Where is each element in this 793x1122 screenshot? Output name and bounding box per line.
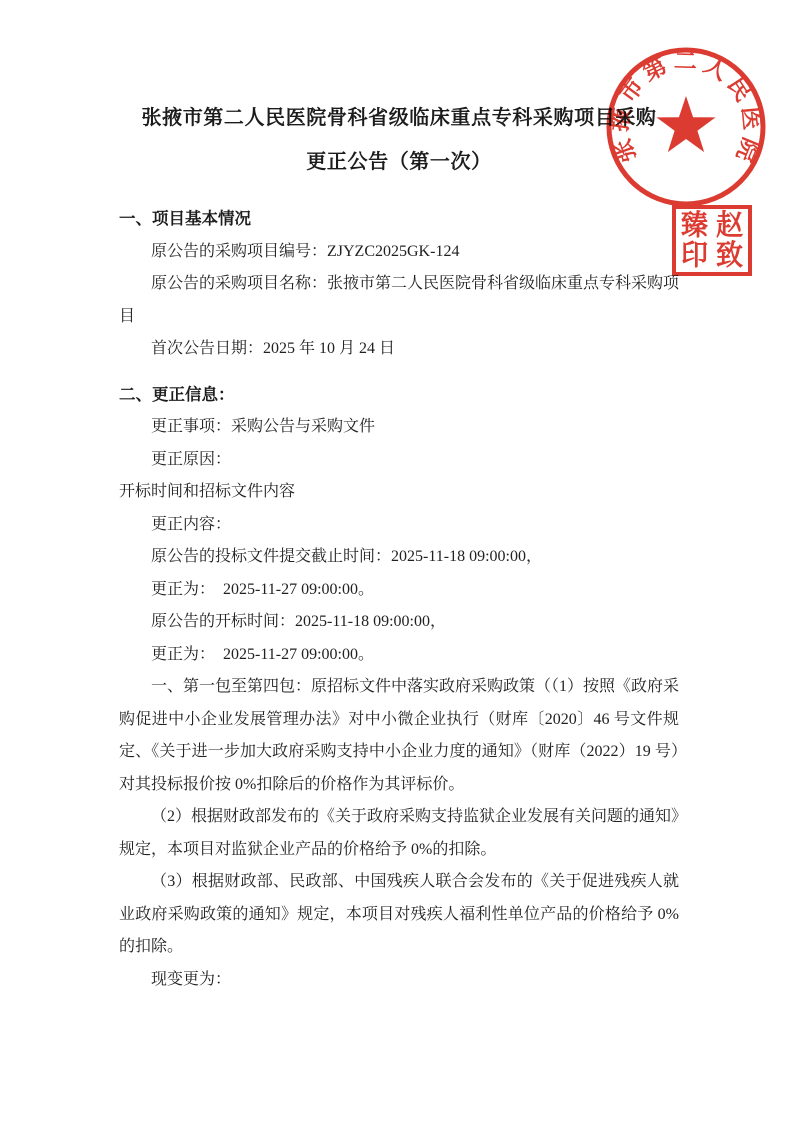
paragraph: 现变更为： [119,964,679,997]
section-2-body: 更正事项：采购公告与采购文件更正原因：开标时间和招标文件内容更正内容：原公告的投… [119,411,679,996]
paragraph: 更正内容： [119,509,679,542]
document-page: 张掖市第二人民医院骨科省级临床重点专科采购项目采购 更正公告（第一次） 一、项目… [0,0,793,1122]
document-title: 张掖市第二人民医院骨科省级临床重点专科采购项目采购 更正公告（第一次） [119,96,679,184]
paragraph: 原公告的开标时间：2025-11-18 09:00:00， [119,606,679,639]
stamp-char-3: 印 [681,242,708,270]
stamp-char-4: 致 [716,242,743,270]
paragraph: 更正为： 2025-11-27 09:00:00。 [119,574,679,607]
paragraph: （2）根据财政部发布的《关于政府采购支持监狱企业发展有关问题的通知》规定，本项目… [119,801,679,866]
section-2-heading: 二、更正信息： [119,379,679,412]
paragraph: 更正原因： [119,444,679,477]
paragraph: 首次公告日期：2025 年 10 月 24 日 [119,333,679,366]
paragraph: 更正事项：采购公告与采购文件 [119,411,679,444]
paragraph: （3）根据财政部、民政部、中国残疾人联合会发布的《关于促进残疾人就业政府采购政策… [119,866,679,964]
paragraph: 原公告的采购项目编号：ZJYZC2025GK-124 [119,236,679,269]
title-line-1: 张掖市第二人民医院骨科省级临床重点专科采购项目采购 [119,96,679,140]
paragraph: 原公告的投标文件提交截止时间：2025-11-18 09:00:00， [119,541,679,574]
section-1-body: 原公告的采购项目编号：ZJYZC2025GK-124原公告的采购项目名称：张掖市… [119,236,679,366]
document-content: 张掖市第二人民医院骨科省级临床重点专科采购项目采购 更正公告（第一次） 一、项目… [119,0,679,996]
name-stamp: 臻 赵 印 致 [672,205,752,276]
paragraph: 原公告的采购项目名称：张掖市第二人民医院骨科省级临床重点专科采购项目 [119,268,679,333]
stamp-char-1: 臻 [681,211,708,239]
paragraph: 一、第一包至第四包：原招标文件中落实政府采购政策（（1）按照《政府采购促进中小企… [119,671,679,801]
stamp-char-2: 赵 [716,211,743,239]
paragraph: 开标时间和招标文件内容 [119,476,679,509]
paragraph: 更正为： 2025-11-27 09:00:00。 [119,639,679,672]
section-1-heading: 一、项目基本情况 [119,203,679,236]
title-line-2: 更正公告（第一次） [119,140,679,184]
